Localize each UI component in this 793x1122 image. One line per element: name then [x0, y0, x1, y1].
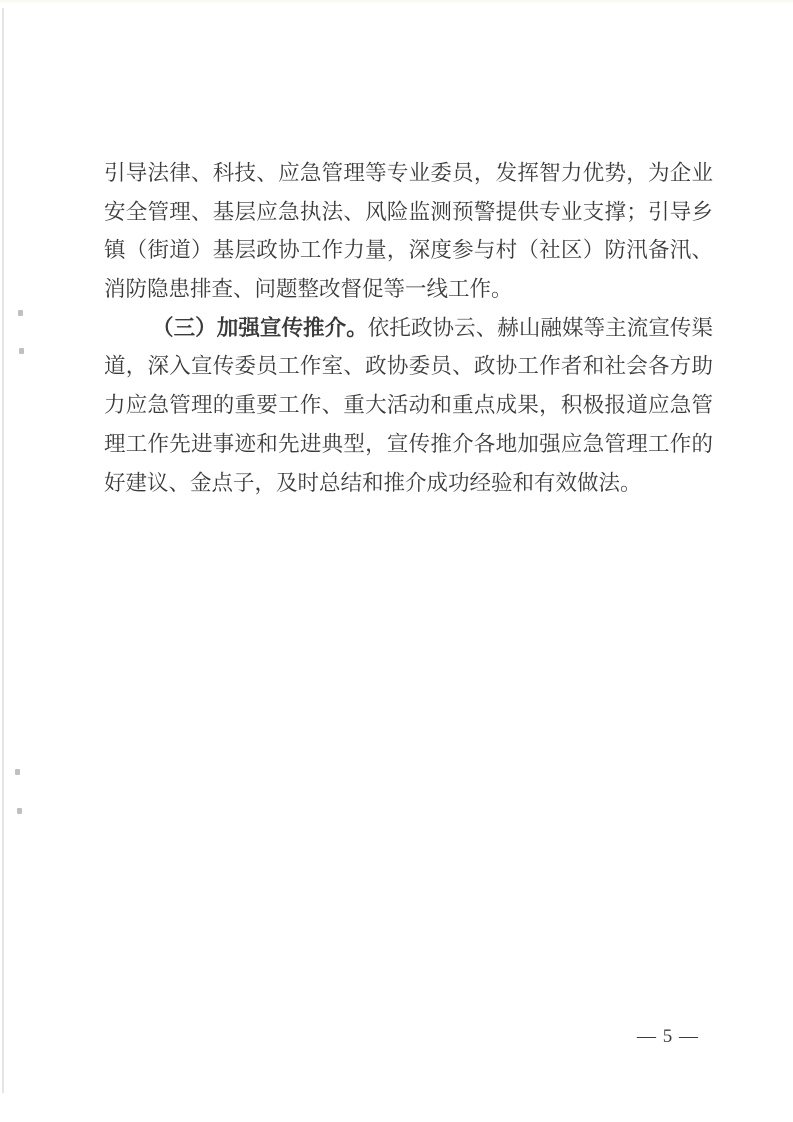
body-line: 理工作先进事迹和先进典型，宣传推介各地加强应急管理工作的: [104, 425, 713, 464]
paragraph-1: 引导法律、科技、应急管理等专业委员，发挥智力优势，为企业 安全管理、基层应急执法…: [104, 154, 713, 309]
body-line: 好建议、金点子，及时总结和推介成功经验和有效做法。: [104, 464, 713, 503]
body-line: 消防隐患排查、问题整改督促等一线工作。: [104, 270, 713, 309]
scan-speck: [17, 808, 22, 814]
scan-speck: [18, 310, 23, 316]
paragraph-2-heading: （三）加强宣传推介。: [152, 316, 368, 340]
scan-speck: [15, 769, 20, 775]
body-line: 力应急管理的重要工作、重大活动和重点成果，积极报道应急管: [104, 386, 713, 425]
document-page: 引导法律、科技、应急管理等专业委员，发挥智力优势，为企业 安全管理、基层应急执法…: [0, 0, 793, 1122]
scan-top-tint: [0, 0, 793, 4]
body-line: 道，深入宣传委员工作室、政协委员、政协工作者和社会各方助: [104, 347, 713, 386]
scan-speck: [19, 348, 24, 354]
body-line: 引导法律、科技、应急管理等专业委员，发挥智力优势，为企业: [104, 154, 713, 193]
body-text: 引导法律、科技、应急管理等专业委员，发挥智力优势，为企业 安全管理、基层应急执法…: [104, 154, 713, 502]
body-line: 安全管理、基层应急执法、风险监测预警提供专业支撑；引导乡: [104, 193, 713, 232]
body-line-text: 依托政协云、赫山融媒等主流宣传渠: [368, 316, 713, 340]
paragraph-2: （三）加强宣传推介。依托政协云、赫山融媒等主流宣传渠 道，深入宣传委员工作室、政…: [104, 309, 713, 502]
page-number: — 5 —: [627, 1026, 709, 1048]
scan-edge-line: [2, 8, 4, 1093]
body-line: （三）加强宣传推介。依托政协云、赫山融媒等主流宣传渠: [104, 309, 713, 348]
body-line: 镇（街道）基层政协工作力量，深度参与村（社区）防汛备汛、: [104, 231, 713, 270]
